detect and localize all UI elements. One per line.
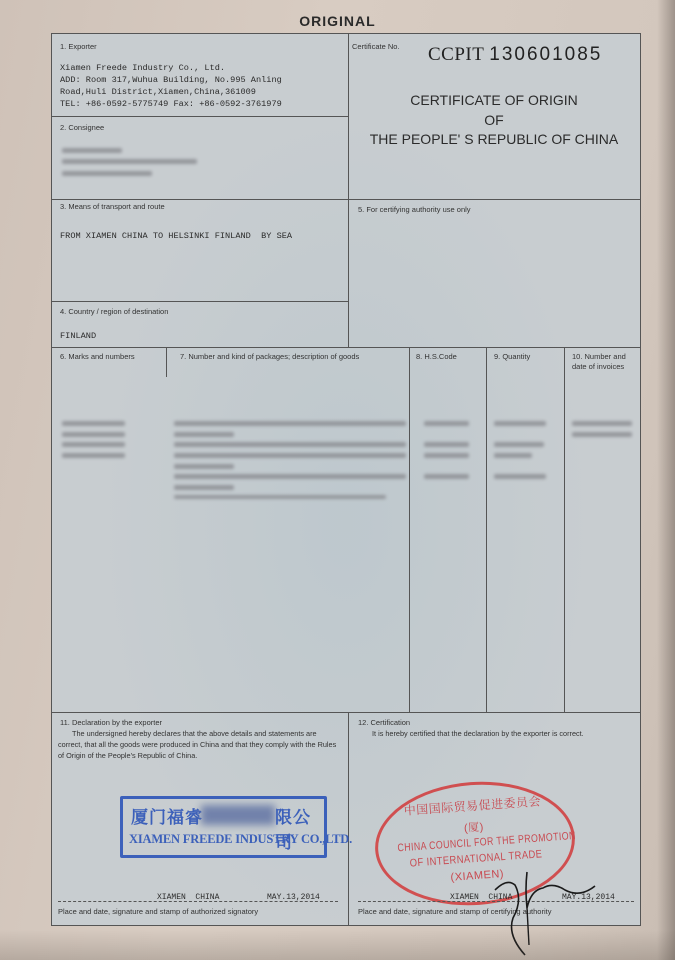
redacted-text (62, 148, 122, 153)
divider (348, 199, 349, 347)
destination-label: 4. Country / region of destination (60, 307, 168, 316)
divider (52, 347, 640, 348)
exporter-label: 1. Exporter (60, 42, 97, 51)
divider (52, 116, 348, 117)
certificate-form: 1. Exporter Xiamen Freede Industry Co., … (51, 33, 641, 926)
certificate-digits: 130601085 (489, 44, 602, 65)
divider (486, 347, 487, 712)
divider (166, 347, 167, 377)
stamp-chinese-text: 厦门福睿 (131, 803, 203, 828)
col-marks: 6. Marks and numbers (60, 352, 135, 361)
exporter-place: XIAMEN CHINA (157, 892, 219, 904)
certificate-title-2: OF (348, 112, 640, 128)
col-invoices: 10. Number and date of invoices (572, 352, 632, 372)
exporter-address-2: Road,Huli District,Xiamen,China,361009 (60, 87, 256, 99)
exporter-name: Xiamen Freede Industry Co., Ltd. (60, 63, 225, 75)
divider (52, 301, 348, 302)
certificate-title-1: CERTIFICATE OF ORIGIN (348, 92, 640, 108)
redacted-text (62, 171, 152, 176)
exporter-phone: TEL: +86-0592-5775749 Fax: +86-0592-3761… (60, 99, 282, 111)
declaration-label: 11. Declaration by the exporter (60, 718, 162, 727)
certification-label: 12. Certification (358, 718, 410, 727)
col-hs-code: 8. H.S.Code (416, 352, 457, 361)
divider (52, 199, 640, 200)
col-quantity: 9. Quantity (494, 352, 530, 361)
divider (52, 712, 640, 713)
destination-value: FINLAND (60, 331, 96, 343)
declaration-text: The undersigned hereby declares that the… (58, 728, 340, 761)
certificate-title-3: THE PEOPLE' S REPUBLIC OF CHINA (348, 131, 640, 147)
redacted-text (62, 159, 197, 164)
certificate-no-label: Certificate No. (352, 42, 400, 51)
page-shadow (657, 0, 675, 960)
exporter-stamp: 厦门福睿 限公司 XIAMEN FREEDE INDUSTRY CO.,LTD. (120, 796, 327, 858)
exporter-date: MAY.13,2014 (267, 892, 320, 904)
stamp-english-text: XIAMEN FREEDE INDUSTRY CO.,LTD. (129, 832, 352, 847)
transport-label: 3. Means of transport and route (60, 202, 165, 211)
exporter-address-1: ADD: Room 317,Wuhua Building, No.995 Anl… (60, 75, 282, 87)
transport-route: FROM XIAMEN CHINA TO HELSINKI FINLAND BY… (60, 231, 292, 243)
redacted-text (201, 805, 275, 825)
original-heading: ORIGINAL (0, 13, 675, 29)
certificate-prefix: CCPIT (428, 44, 484, 65)
divider (564, 347, 565, 712)
page-shadow (0, 930, 675, 960)
col-description: 7. Number and kind of packages; descript… (180, 352, 359, 361)
certificate-number: CCPIT 130601085 (428, 44, 602, 66)
certification-text: It is hereby certified that the declarat… (372, 728, 638, 739)
certifying-authority-label: 5. For certifying authority use only (358, 205, 471, 214)
divider (409, 347, 410, 712)
consignee-label: 2. Consignee (60, 123, 104, 132)
exporter-signature-caption: Place and date, signature and stamp of a… (58, 907, 258, 916)
divider (348, 712, 349, 925)
